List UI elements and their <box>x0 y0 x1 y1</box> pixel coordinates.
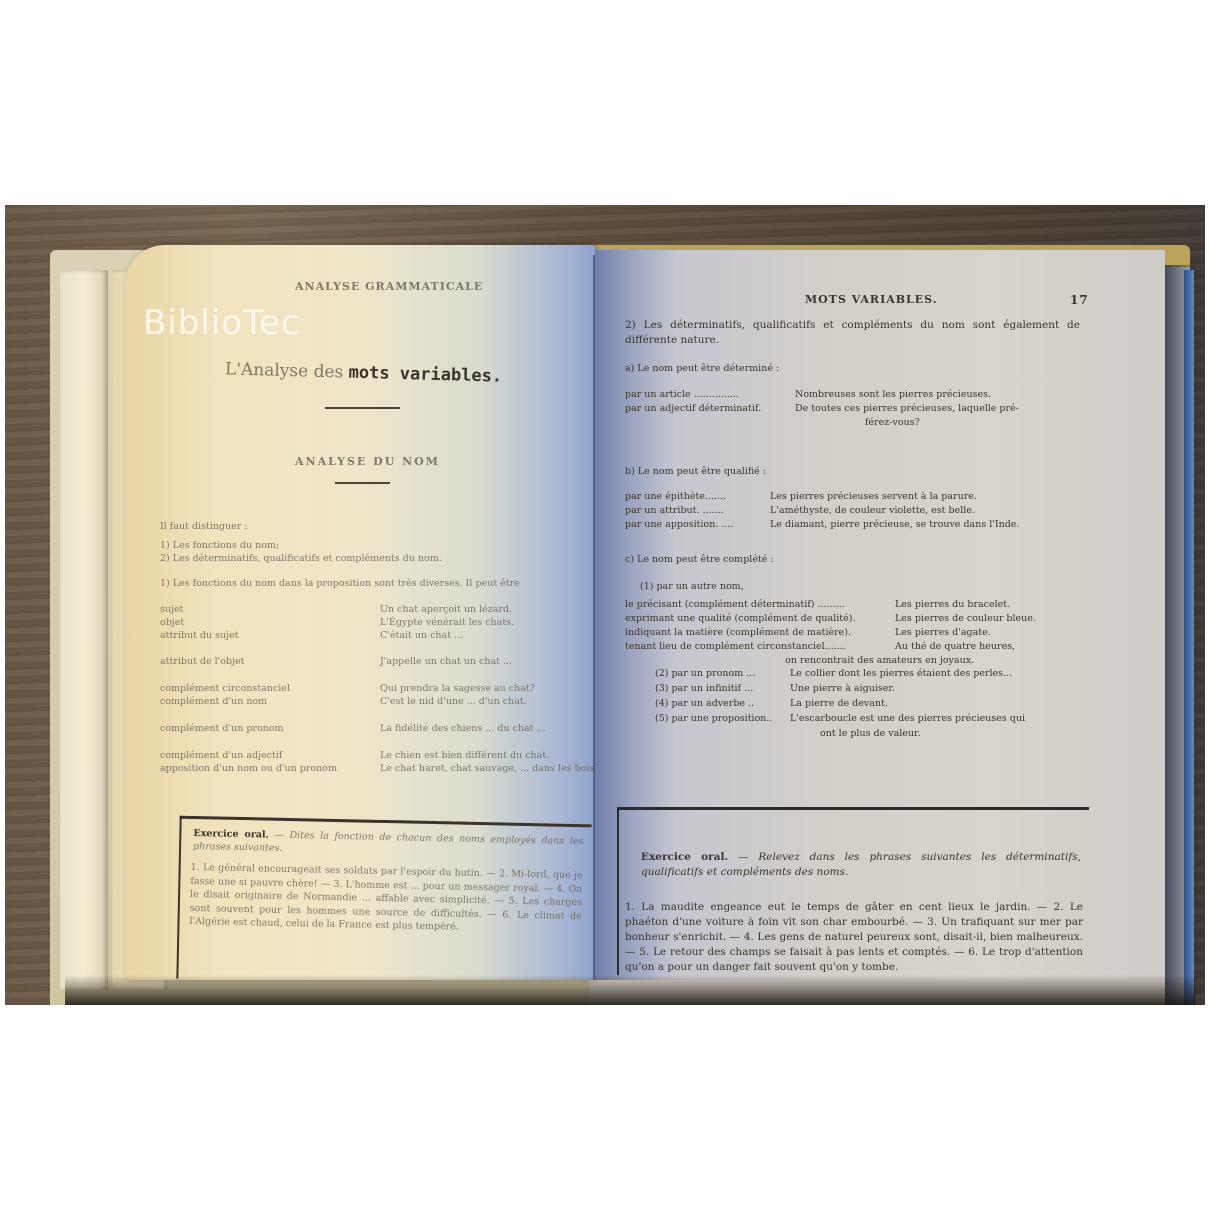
right-page: MOTS VARIABLES. 17 2) Les déterminatifs,… <box>595 250 1165 980</box>
row-example: L'améthyste, de couleur violette, est be… <box>770 504 975 517</box>
functions-intro: 1) Les fonctions du nom dans la proposit… <box>160 577 520 590</box>
book-shadow <box>1165 265 1205 1005</box>
exercise-text: 1. La maudite engeance eut le temps de g… <box>625 900 1083 975</box>
row-example: Les pierres du bracelet. <box>895 598 1010 611</box>
book-photo: BiblioTec ANALYSE GRAMMATICALE L'Analyse… <box>5 205 1205 1005</box>
point: 2) Les déterminatifs, qualificatifs et c… <box>160 552 442 565</box>
row-label: le précisant (complément déterminatif) .… <box>625 598 845 611</box>
function-label: complément d'un adjectif <box>160 749 282 762</box>
section-heading: b) Le nom peut être qualifié : <box>625 465 766 478</box>
cover-edge <box>60 270 108 990</box>
row-example: Les pierres de couleur bleue. <box>895 612 1036 625</box>
row-example: Les pierres précieuses servent à la paru… <box>770 490 977 503</box>
function-label: apposition d'un nom ou d'un pronom <box>160 762 337 775</box>
function-label: complément circonstanciel <box>160 682 290 695</box>
row-label: par une épithète....... <box>625 490 726 503</box>
row-example: Une pierre à aiguiser. <box>790 682 895 695</box>
row-example: Le collier dont les pierres étaient des … <box>790 667 1012 680</box>
row-label: tenant lieu de complément circonstanciel… <box>625 640 846 653</box>
page-title: L'Analyse des mots variables. <box>225 359 503 386</box>
watermark: BiblioTec <box>143 303 301 343</box>
exercise-box: Exercice oral. — Dites la fonction de ch… <box>176 816 591 980</box>
row-example-cont: on rencontrait des amateurs en joyaux. <box>785 654 974 667</box>
function-example: J'appelle un chat un chat ... <box>380 655 512 668</box>
row-label: (2) par un pronom ... <box>655 667 755 680</box>
function-example: C'était un chat ... <box>380 629 463 642</box>
function-label: complément d'un pronom <box>160 722 284 735</box>
function-label: attribut du sujet <box>160 629 239 642</box>
row-label: par une apposition. .... <box>625 518 733 531</box>
page-number: 17 <box>1070 293 1089 307</box>
row-example: Nombreuses sont les pierres précieuses. <box>795 388 991 401</box>
divider <box>335 482 390 484</box>
divider <box>325 407 400 409</box>
function-label: objet <box>160 616 184 629</box>
section-heading: c) Le nom peut être complété : <box>625 553 774 566</box>
function-example: La fidélité des chiens ... du chat ... <box>380 722 546 735</box>
point: 1) Les fonctions du nom; <box>160 539 279 552</box>
left-page: BiblioTec ANALYSE GRAMMATICALE L'Analyse… <box>125 245 595 980</box>
row-example: De toutes ces pierres précieuses, laquel… <box>795 402 1019 415</box>
function-label: complément d'un nom <box>160 695 267 708</box>
function-label: attribut de l'objet <box>160 655 244 668</box>
function-example: Le chat haret, chat sauvage, ... dans le… <box>380 762 595 775</box>
running-head: MOTS VARIABLES. <box>805 293 938 306</box>
exercise-label: Exercice oral. <box>193 828 269 841</box>
intro-text: 2) Les déterminatifs, qualificatifs et c… <box>625 318 1080 348</box>
row-example: Les pierres d'agate. <box>895 626 991 639</box>
function-example: L'Égypte vénérait les chats. <box>380 616 514 629</box>
function-example: C'est le nid d'une ... d'un chat. <box>380 695 527 708</box>
subheading: (1) par un autre nom, <box>640 580 744 593</box>
row-example: Au thé de quatre heures, <box>895 640 1015 653</box>
row-example: L'escarboucle est une des pierres précie… <box>790 712 1025 725</box>
function-example: Qui prendra la sagesse au chat? <box>380 682 535 695</box>
book-bottom-shadow <box>65 975 1195 1005</box>
row-label: exprimant une qualité (complément de qua… <box>625 612 855 625</box>
exercise-box: Exercice oral. — Relevez dans les phrase… <box>617 807 1089 975</box>
running-head: ANALYSE GRAMMATICALE <box>295 280 483 293</box>
row-example-cont: férez-vous? <box>865 416 920 429</box>
row-label: par un article ............... <box>625 388 739 401</box>
row-label: (4) par un adverbe .. <box>655 697 754 710</box>
intro-text: Il faut distinguer : <box>160 520 248 533</box>
row-example: Le diamant, pierre précieuse, se trouve … <box>770 518 1019 531</box>
row-label: par un attribut. ....... <box>625 504 724 517</box>
section-heading: a) Le nom peut être déterminé : <box>625 362 779 375</box>
exercise-label: Exercice oral. <box>641 851 728 863</box>
row-example: La pierre de devant. <box>790 697 888 710</box>
row-example-cont: ont le plus de valeur. <box>820 727 921 740</box>
row-label: indiquant la matière (complément de mati… <box>625 626 851 639</box>
function-example: Un chat aperçoit un lézard. <box>380 603 512 616</box>
row-label: (5) par une proposition.. <box>655 712 772 725</box>
function-example: Le chien est bien différent du chat. <box>380 749 549 762</box>
exercise-text: 1. Le général encourageait ses soldats p… <box>189 861 582 937</box>
row-label: (3) par un infinitif ... <box>655 682 753 695</box>
function-label: sujet <box>160 603 183 616</box>
section-heading: ANALYSE DU NOM <box>295 455 440 468</box>
row-label: par un adjectif déterminatif. <box>625 402 761 415</box>
